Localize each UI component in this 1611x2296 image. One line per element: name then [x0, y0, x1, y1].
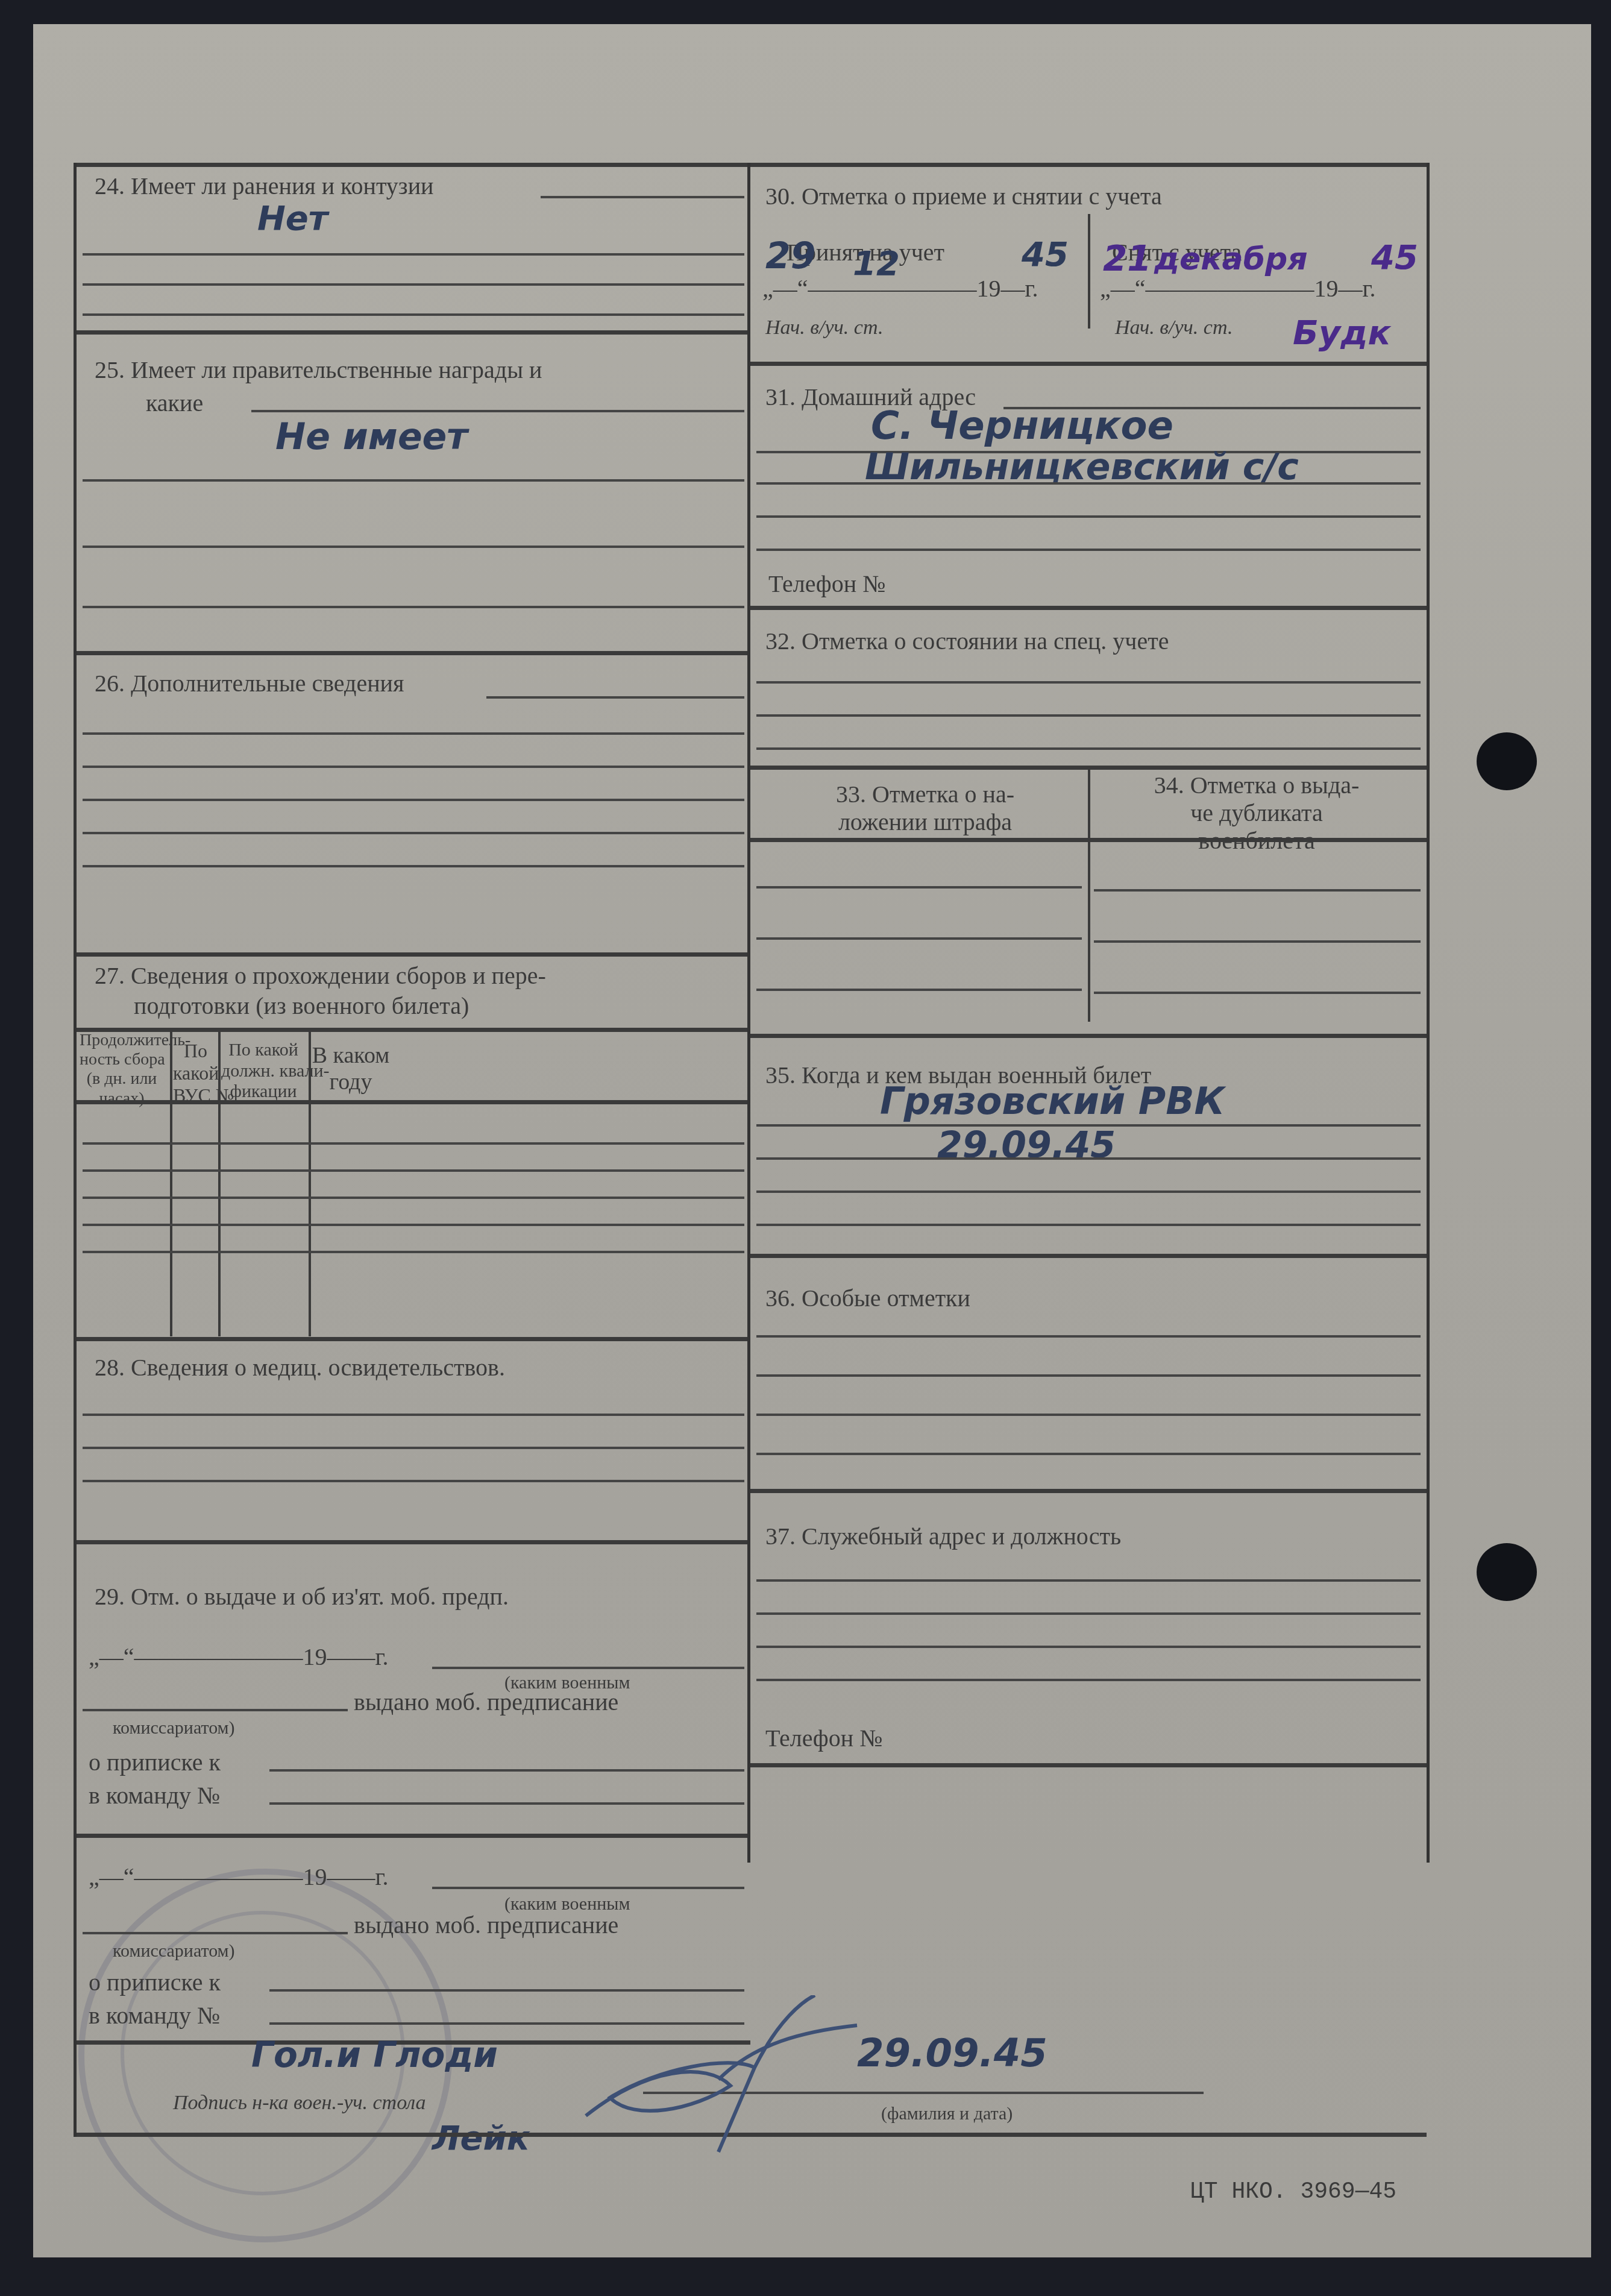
- signature-scribble: [574, 1995, 875, 2164]
- field-36-label: 36. Особые отметки: [765, 1284, 970, 1312]
- removed-chief: Нач. в/уч. ст.: [1115, 316, 1233, 339]
- field-30-label: 30. Отметка о приеме и снятии с учета: [765, 182, 1162, 210]
- field-27-label-2: подготовки (из военного билета): [134, 992, 469, 1020]
- field-29b-team: в команду №: [89, 2001, 220, 2030]
- field-32-label: 32. Отметка о состоянии на спец. учете: [765, 627, 1169, 655]
- accepted-year: 45: [1022, 235, 1069, 274]
- field-29b-hint-commissariat: комиссариатом): [113, 1941, 235, 1961]
- accepted-day: 29: [765, 235, 816, 277]
- work-phone-label: Телефон №: [765, 1724, 882, 1752]
- field-24-value: Нет: [257, 199, 328, 238]
- field-29b-date: „—“———————19——г.: [89, 1863, 388, 1891]
- punch-hole: [1477, 1543, 1537, 1601]
- field-29-assignment: о приписке к: [89, 1748, 221, 1776]
- field-28-label: 28. Сведения о медиц. освидетельствов.: [95, 1353, 505, 1382]
- form-code: ЦТ НКО. 3969—45: [1190, 2179, 1396, 2205]
- field-27-label-1: 27. Сведения о прохождении сборов и пере…: [95, 961, 546, 990]
- field-29-issued: выдано моб. предписание: [354, 1688, 618, 1716]
- signature-clerk-2: Лейк: [432, 2119, 530, 2158]
- form-frame: 24. Имеет ли ранения и контузии Нет 25. …: [74, 163, 1424, 2137]
- table-header-duration: Продолжитель- ность сбора (в дн. или час…: [80, 1031, 164, 1109]
- accepted-month: 12: [853, 244, 900, 283]
- field-29b-issued: выдано моб. предписание: [354, 1911, 618, 1939]
- removed-day: 21: [1103, 238, 1152, 279]
- field-29-label: 29. Отм. о выдаче и об из'ят. моб. предп…: [95, 1582, 509, 1611]
- table-header-year: В каком году: [312, 1043, 390, 1095]
- field-26-label: 26. Дополнительные сведения: [95, 669, 404, 697]
- table-header-qualification: По какой должн. квали- фикации: [221, 1040, 306, 1102]
- accepted-chief: Нач. в/уч. ст.: [765, 316, 883, 339]
- signature-hint: (фамилия и дата): [881, 2104, 1013, 2124]
- field-33-label: 33. Отметка о на- ложении штрафа: [774, 781, 1076, 836]
- military-id-date: 29.09.45: [937, 1124, 1116, 1166]
- left-column: 24. Имеет ли ранения и контузии Нет 25. …: [74, 163, 750, 2137]
- field-29-hint-commissariat: комиссариатом): [113, 1718, 235, 1738]
- field-29-date: „—“———————19——г.: [89, 1643, 388, 1671]
- signature-date: 29.09.45: [857, 2031, 1047, 2076]
- table-header-vus: По какой ВУС №: [173, 1040, 218, 1106]
- signature-clerk-label: Подпись н-ка воен.-уч. стола: [173, 2092, 426, 2115]
- field-25-label-1: 25. Имеет ли правительственные награды и: [95, 356, 542, 384]
- field-29-team: в команду №: [89, 1781, 220, 1810]
- field-29b-assignment: о приписке к: [89, 1968, 221, 1996]
- punch-hole: [1477, 732, 1537, 790]
- removed-month: декабря: [1154, 241, 1308, 277]
- field-24-label: 24. Имеет ли ранения и контузии: [95, 172, 433, 200]
- field-34-label: 34. Отметка о выда- че дубликата военбил…: [1097, 772, 1416, 855]
- field-37-label: 37. Служебный адрес и должность: [765, 1522, 1121, 1550]
- signature-clerk-1: Гол.и Глоди: [251, 2034, 498, 2075]
- removed-signature: Будк: [1293, 313, 1390, 353]
- right-column: 30. Отметка о приеме и снятии с учета Пр…: [747, 163, 1430, 1863]
- military-id-issuer: Грязовский РВК: [880, 1079, 1225, 1123]
- home-phone-label: Телефон №: [768, 570, 885, 598]
- field-25-value: Не имеет: [275, 416, 468, 458]
- field-25-label-2: какие: [146, 389, 203, 417]
- removed-year: 45: [1371, 238, 1418, 277]
- home-address-line-1: С. Черницкое: [871, 404, 1173, 448]
- accepted-date-row: „—“———————19—г.: [762, 274, 1038, 303]
